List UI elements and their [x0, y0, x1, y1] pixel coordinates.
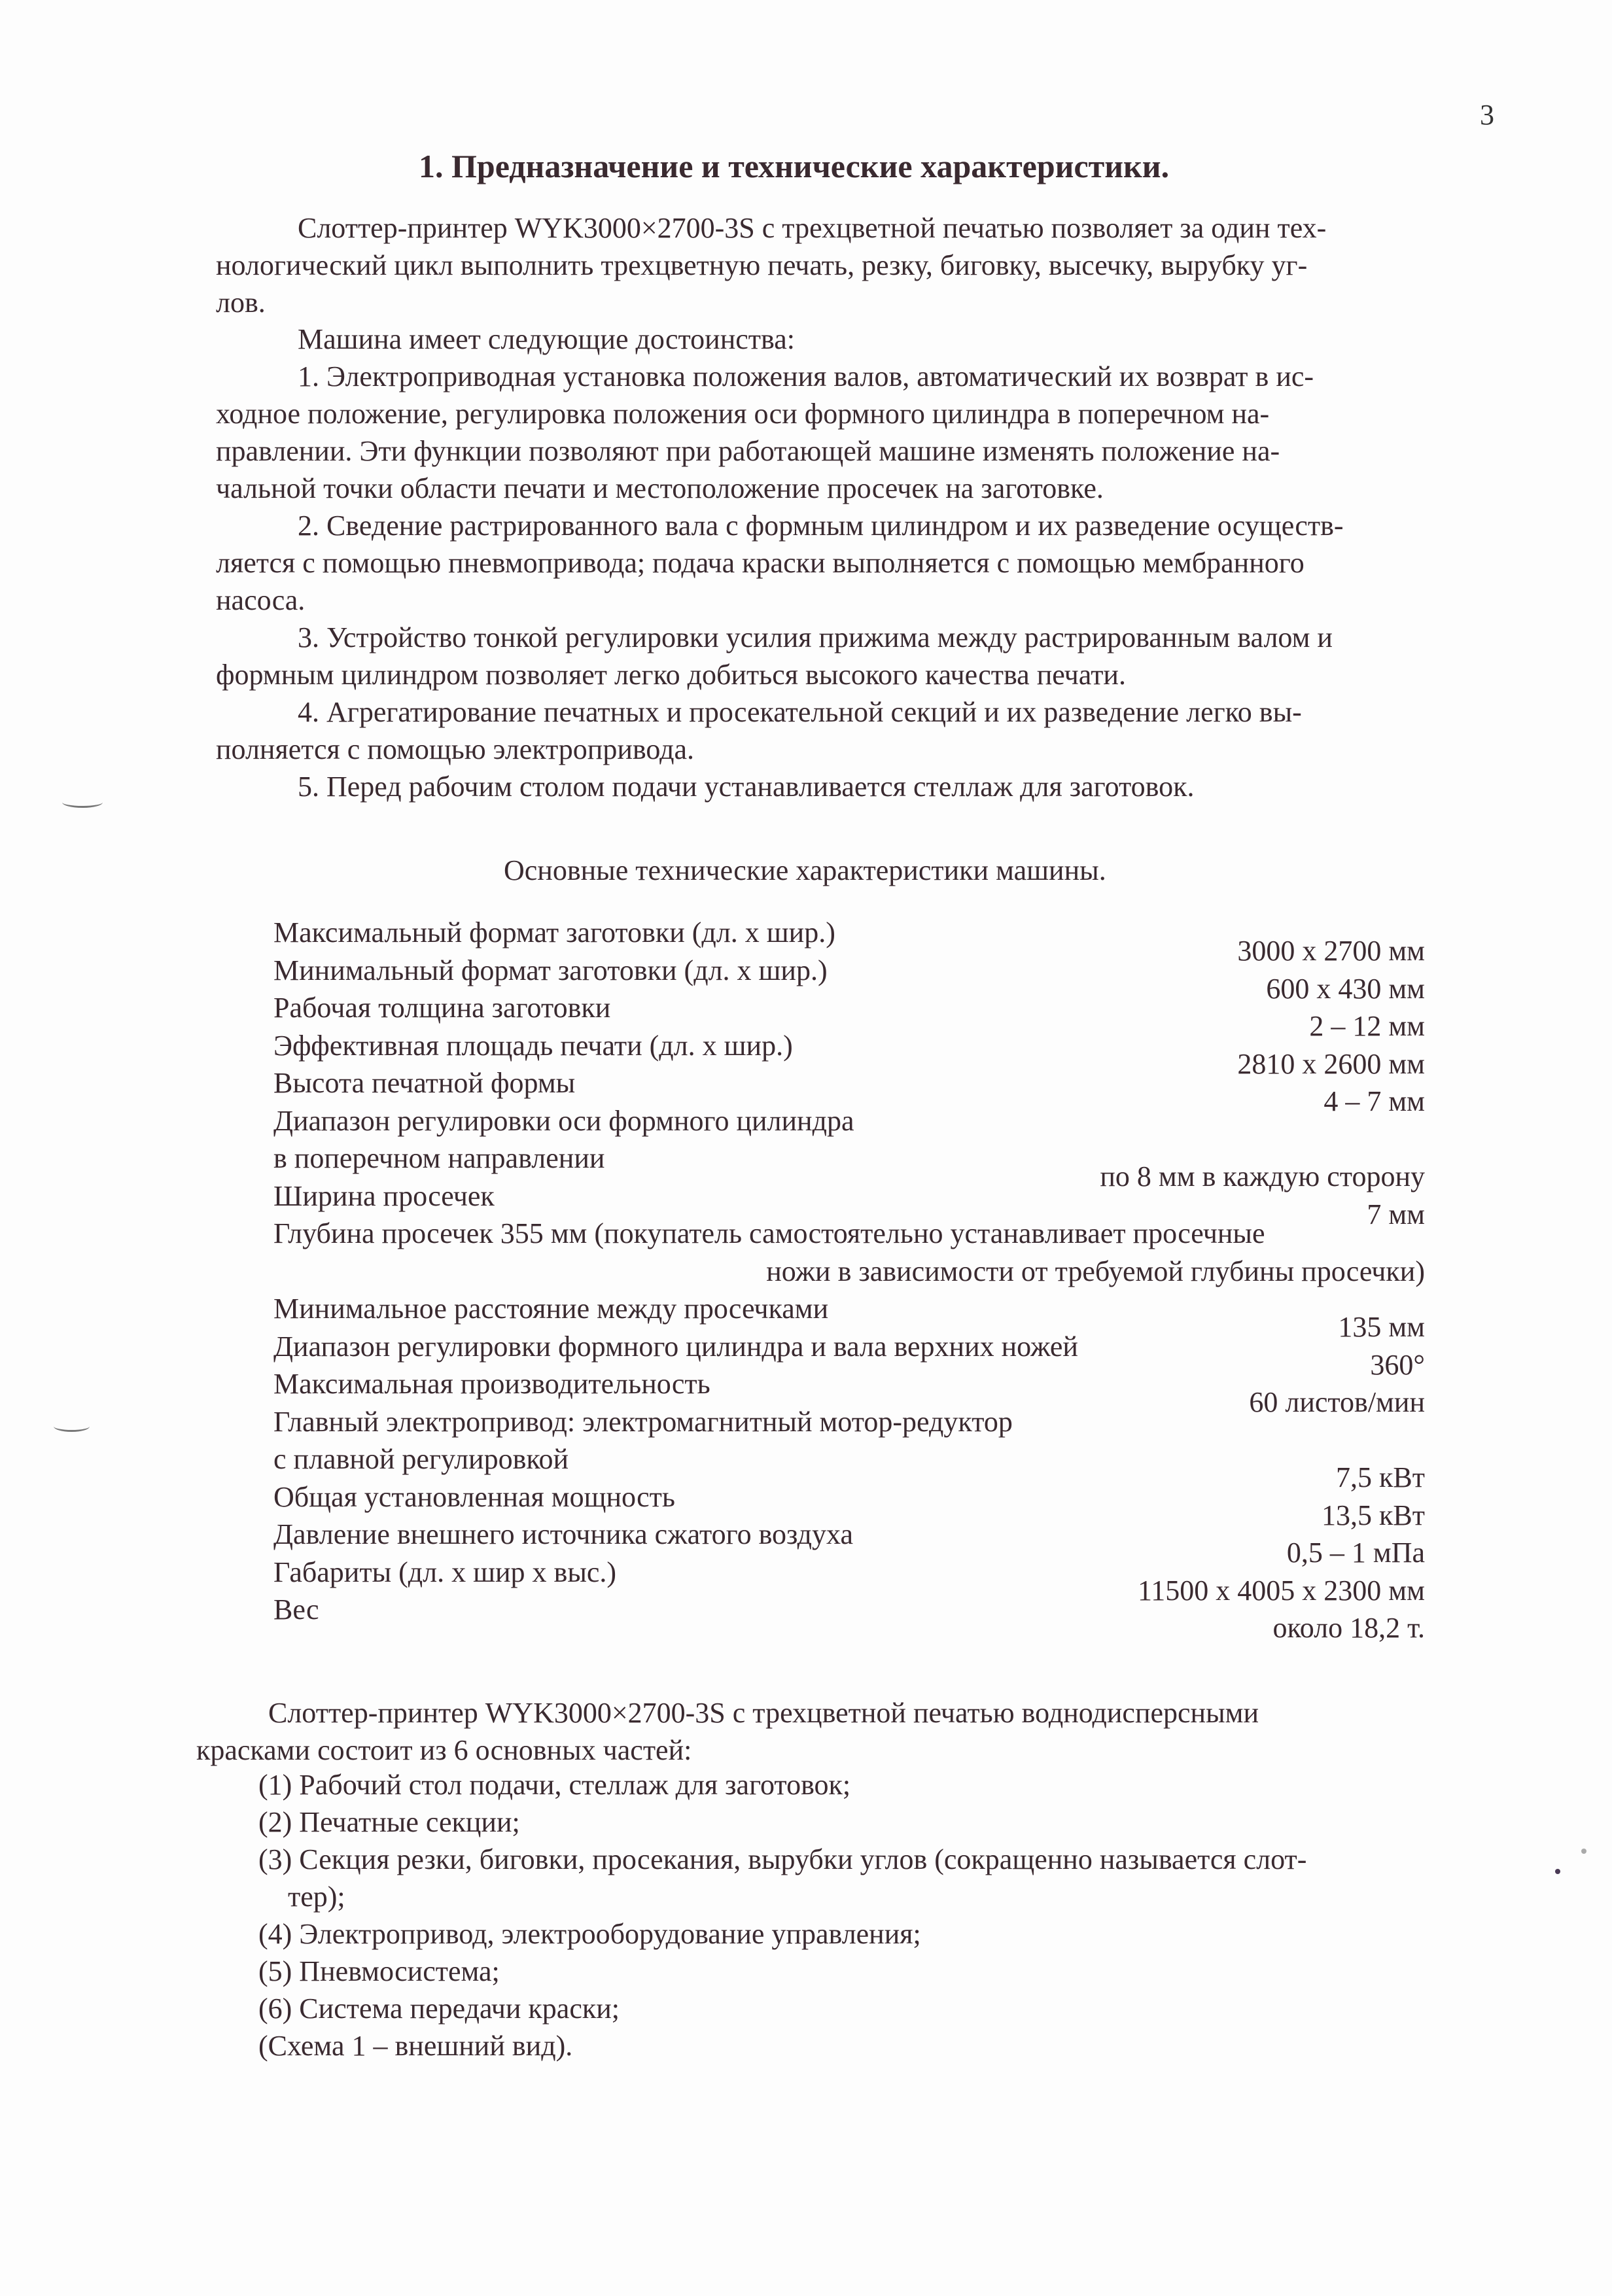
text-line: (1) Рабочий стол подачи, стеллаж для заг…: [258, 1766, 1521, 1803]
spec-label: Диапазон регулировки оси формного цилинд…: [273, 1104, 854, 1138]
spec-row: Ширина просечек7 мм: [273, 1179, 1425, 1217]
specs-table: Максимальный формат заготовки (дл. х шир…: [273, 916, 1425, 1631]
spec-label: Общая установленная мощность: [273, 1480, 675, 1514]
text-line: 5. Перед рабочим столом подачи устанавли…: [216, 768, 1479, 805]
advantage-item: 4. Агрегатирование печатных и просекател…: [216, 693, 1479, 768]
text-line: чальной точки области печати и местополо…: [216, 470, 1479, 507]
spec-value: около 18,2 т.: [1273, 1611, 1425, 1644]
advantage-item: 2. Сведение растрированного вала с формн…: [216, 507, 1479, 619]
spec-label: Максимальный формат заготовки (дл. х шир…: [273, 916, 835, 949]
spec-value: ножи в зависимости от требуемой глубины …: [766, 1255, 1425, 1288]
spec-row: Весоколо 18,2 т.: [273, 1593, 1425, 1631]
text-line: 3. Устройство тонкой регулировки усилия …: [216, 619, 1479, 656]
advantage-item: 3. Устройство тонкой регулировки усилия …: [216, 619, 1479, 693]
spec-label: Габариты (дл. х шир х выс.): [273, 1556, 616, 1589]
text-line: (5) Пневмосистема;: [258, 1953, 1521, 1990]
spec-label: Глубина просечек 355 мм (покупатель само…: [273, 1217, 1265, 1250]
spec-label: Вес: [273, 1593, 319, 1626]
section-title: 1. Предназначение и технические характер…: [419, 147, 1169, 185]
spec-label: в поперечном направлении: [273, 1141, 604, 1175]
spec-row: Габариты (дл. х шир х выс.)11500 x 4005 …: [273, 1556, 1425, 1593]
text-line: полняется с помощью электропривода.: [216, 731, 1479, 768]
advantage-item: 5. Перед рабочим столом подачи устанавли…: [216, 768, 1479, 805]
hole-punch-mark: [62, 797, 103, 808]
spec-row: Максимальный формат заготовки (дл. х шир…: [273, 916, 1425, 954]
parts-list: (1) Рабочий стол подачи, стеллаж для заг…: [258, 1766, 1521, 2064]
spec-row: Высота печатной формы4 – 7 мм: [273, 1066, 1425, 1104]
spec-label: Ширина просечек: [273, 1179, 495, 1213]
advantages-heading: Машина имеет следующие достоинства:: [216, 321, 1479, 358]
spec-label: Минимальное расстояние между просечками: [273, 1292, 828, 1325]
spec-row: Минимальный формат заготовки (дл. х шир.…: [273, 954, 1425, 992]
spec-row: Рабочая толщина заготовки2 – 12 мм: [273, 991, 1425, 1029]
text-line: тер);: [258, 1878, 1521, 1915]
hole-punch-mark: [54, 1421, 90, 1432]
spec-row: Эффективная площадь печати (дл. х шир.)2…: [273, 1029, 1425, 1067]
text-line: 1. Электроприводная установка положения …: [216, 358, 1479, 395]
text-line: лов.: [216, 284, 1479, 321]
spec-label: Давление внешнего источника сжатого возд…: [273, 1518, 853, 1551]
page-number: 3: [1480, 98, 1494, 131]
text-line: красками состоит из 6 основных частей:: [196, 1731, 1459, 1769]
spec-row: Диапазон регулировки формного цилиндра и…: [273, 1330, 1425, 1368]
spec-row: с плавной регулировкой7,5 кВт: [273, 1442, 1425, 1480]
text-line: (6) Система передачи краски;: [258, 1990, 1521, 2027]
composition-paragraph: Слоттер-принтер WYK3000×2700-3S с трехцв…: [196, 1694, 1459, 1769]
spec-row: Главный электропривод: электромагнитный …: [273, 1405, 1425, 1443]
text-line: Слоттер-принтер WYK3000×2700-3S с трехцв…: [196, 1694, 1459, 1731]
spec-label: Рабочая толщина заготовки: [273, 991, 610, 1024]
spec-label: Эффективная площадь печати (дл. х шир.): [273, 1029, 793, 1062]
intro-paragraph: Слоттер-принтер WYK3000×2700-3S с трехцв…: [216, 209, 1479, 321]
spec-label: Диапазон регулировки формного цилиндра и…: [273, 1330, 1078, 1363]
spec-row: ножи в зависимости от требуемой глубины …: [273, 1255, 1425, 1293]
spec-label: Минимальный формат заготовки (дл. х шир.…: [273, 954, 828, 987]
scan-speck: [1581, 1849, 1586, 1854]
spec-row: Глубина просечек 355 мм (покупатель само…: [273, 1217, 1425, 1255]
specs-title: Основные технические характеристики маши…: [504, 854, 1106, 887]
text-line: 2. Сведение растрированного вала с формн…: [216, 507, 1479, 544]
text-line: (2) Печатные секции;: [258, 1803, 1521, 1841]
spec-row: в поперечном направлениипо 8 мм в каждую…: [273, 1141, 1425, 1179]
spec-row: Максимальная производительность60 листов…: [273, 1367, 1425, 1405]
text-line: ляется с помощью пневмопривода; подача к…: [216, 544, 1479, 582]
text-line: Слоттер-принтер WYK3000×2700-3S с трехцв…: [216, 209, 1479, 247]
scan-speck: [1555, 1869, 1560, 1874]
text-line: ходное положение, регулировка положения …: [216, 395, 1479, 432]
spec-label: Главный электропривод: электромагнитный …: [273, 1405, 1013, 1438]
text-line: нологический цикл выполнить трехцветную …: [216, 247, 1479, 284]
text-line: правлении. Эти функции позволяют при раб…: [216, 432, 1479, 470]
spec-row: Диапазон регулировки оси формного цилинд…: [273, 1104, 1425, 1142]
spec-label: с плавной регулировкой: [273, 1442, 569, 1476]
spec-row: Минимальное расстояние между просечками1…: [273, 1292, 1425, 1330]
advantages-section: Машина имеет следующие достоинства: 1. Э…: [216, 321, 1479, 805]
text-line: формным цилиндром позволяет легко добить…: [216, 656, 1479, 693]
spec-label: Максимальная производительность: [273, 1367, 710, 1400]
text-line: (Схема 1 – внешний вид).: [258, 2027, 1521, 2064]
spec-row: Общая установленная мощность13,5 кВт: [273, 1480, 1425, 1518]
spec-label: Высота печатной формы: [273, 1066, 575, 1100]
text-line: насоса.: [216, 582, 1479, 619]
text-line: (4) Электропривод, электрооборудование у…: [258, 1915, 1521, 1953]
advantage-item: 1. Электроприводная установка положения …: [216, 358, 1479, 507]
text-line: 4. Агрегатирование печатных и просекател…: [216, 693, 1479, 731]
text-line: (3) Секция резки, биговки, просекания, в…: [258, 1841, 1521, 1878]
spec-row: Давление внешнего источника сжатого возд…: [273, 1518, 1425, 1556]
